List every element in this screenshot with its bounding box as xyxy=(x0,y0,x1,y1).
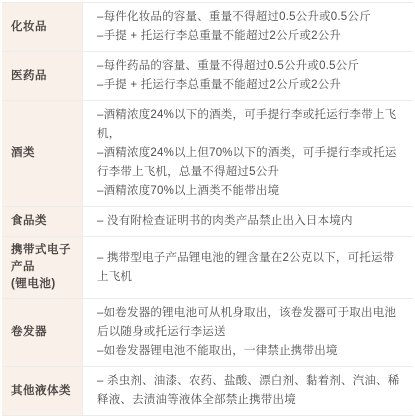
table-row: 化妆品 –每件化妆品的容量、重量不得超过0.5公升或0.5公斤–手提 + 托运行… xyxy=(2,3,413,52)
category-label-cell: 食品类 xyxy=(2,207,83,236)
rule-text: –手提 + 托运行李总重量不能超过2公斤或2公升 xyxy=(97,27,404,46)
table-row: 其他液体类 – 杀虫剂、油漆、农药、盐酸、漂白剂、黏着剂、汽油、稀释液、去渍油等… xyxy=(2,367,413,415)
category-label: 酒类 xyxy=(11,145,78,162)
category-label: 其他液体类 xyxy=(11,383,78,400)
category-label-cell: 其他液体类 xyxy=(2,367,83,415)
category-label: (锂电池) xyxy=(11,276,78,293)
rule-text: –如卷发器的锂电池可从机身取出，该卷发器可于取出电池后以随身或托运行李运送 xyxy=(97,304,404,342)
rule-text: – 杀虫剂、油漆、农药、盐酸、漂白剂、黏着剂、汽油、稀释液、去渍油等液体全部禁止… xyxy=(97,372,404,410)
rule-text: –酒精浓度24%以上但70%以下的酒类，可手提行李或托运行李带上飞机，总量不得超… xyxy=(97,144,404,182)
rule-text: – 没有附检查证明书的肉类产品禁止出入日本境内 xyxy=(97,212,404,231)
category-label-cell: 医药品 xyxy=(2,52,83,100)
category-label: 食品类 xyxy=(11,213,78,230)
table-row: 携带式电子产品(锂电池) – 携带型电子产品锂电池的锂含量在2公克以下，可托运带… xyxy=(2,237,413,299)
rules-cell: –每件化妆品的容量、重量不得超过0.5公升或0.5公斤–手提 + 托运行李总重量… xyxy=(83,3,413,51)
category-label-cell: 化妆品 xyxy=(2,3,83,51)
rule-text: –每件化妆品的容量、重量不得超过0.5公升或0.5公斤 xyxy=(97,8,404,27)
rule-text: – 携带型电子产品锂电池的锂含量在2公克以下，可托运带上飞机 xyxy=(97,249,404,287)
rule-text: –酒精浓度70%以上酒类不能带出境 xyxy=(97,182,404,201)
rules-cell: – 没有附检查证明书的肉类产品禁止出入日本境内 xyxy=(83,207,413,236)
rule-text: –每件药品的容量、重量不得超过0.5公升或0.5公斤 xyxy=(97,57,404,76)
rules-cell: – 杀虫剂、油漆、农药、盐酸、漂白剂、黏着剂、汽油、稀释液、去渍油等液体全部禁止… xyxy=(83,367,413,415)
rules-cell: –酒精浓度24%以下的酒类，可手提行李或托运行李带上飞机，–酒精浓度24%以上但… xyxy=(83,101,413,206)
rules-cell: –每件药品的容量、重量不得超过0.5公升或0.5公斤–手提 + 托运行李总重量不… xyxy=(83,52,413,100)
table-row: 酒类 –酒精浓度24%以下的酒类，可手提行李或托运行李带上飞机，–酒精浓度24%… xyxy=(2,101,413,207)
table-row: 卷发器 –如卷发器的锂电池可从机身取出，该卷发器可于取出电池后以随身或托运行李运… xyxy=(2,299,413,367)
category-label: 携带式电子产品 xyxy=(11,242,78,276)
category-label-cell: 酒类 xyxy=(2,101,83,206)
rules-cell: –如卷发器的锂电池可从机身取出，该卷发器可于取出电池后以随身或托运行李运送–如卷… xyxy=(83,299,413,366)
rule-text: –手提 + 托运行李总重量不能超过2公斤或2公升 xyxy=(97,76,404,95)
rule-text: –如卷发器锂电池不能取出，一律禁止携带出境 xyxy=(97,342,404,361)
category-label: 医药品 xyxy=(11,68,78,85)
table-row: 食品类 – 没有附检查证明书的肉类产品禁止出入日本境内 xyxy=(2,207,413,237)
category-label-cell: 卷发器 xyxy=(2,299,83,366)
rule-text: –酒精浓度24%以下的酒类，可手提行李或托运行李带上飞机， xyxy=(97,106,404,144)
category-label: 化妆品 xyxy=(11,19,78,36)
category-label: 卷发器 xyxy=(11,324,78,341)
rules-cell: – 携带型电子产品锂电池的锂含量在2公克以下，可托运带上飞机 xyxy=(83,237,413,298)
category-label-cell: 携带式电子产品(锂电池) xyxy=(2,237,83,298)
table-row: 医药品 –每件药品的容量、重量不得超过0.5公升或0.5公斤–手提 + 托运行李… xyxy=(2,52,413,101)
baggage-restrictions-table: 化妆品 –每件化妆品的容量、重量不得超过0.5公升或0.5公斤–手提 + 托运行… xyxy=(2,2,413,416)
